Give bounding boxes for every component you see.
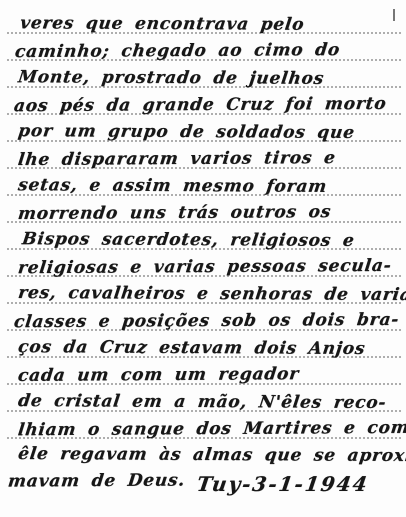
handwritten-text: lhiam o sangue dos Martires e com	[16, 415, 406, 444]
manuscript-line: caminho; chegado ao cimo do	[0, 38, 406, 65]
handwritten-text: cada um com um regador	[16, 361, 300, 390]
manuscript-line: res, cavalheiros e senhoras de varias	[0, 281, 406, 308]
manuscript-line: ços da Cruz estavam dois Anjos	[0, 335, 406, 362]
handwritten-text: morrendo uns trás outros os	[16, 199, 332, 228]
date-signature: Tuy-3-1-1944	[195, 472, 370, 496]
handwritten-text: lhe dispararam varios tiros e	[16, 145, 337, 174]
manuscript-line: Bispos sacerdotes, religiosos e	[0, 227, 406, 254]
handwritten-text: Bispos sacerdotes, religiosos e	[20, 226, 356, 255]
manuscript-line: por um grupo de soldados que	[0, 119, 406, 146]
handwritten-text: religiosas e varias pessoas secula-	[16, 253, 393, 282]
handwritten-text: setas, e assim mesmo foram	[16, 172, 328, 201]
manuscript-line: classes e posições sob os dois bra-	[0, 308, 406, 335]
handwritten-text: mavam de Deus.	[7, 468, 187, 493]
manuscript-line: lhiam o sangue dos Martires e com	[0, 416, 406, 443]
manuscript-line: mavam de Deus.Tuy-3-1-1944	[0, 467, 406, 491]
handwritten-text: êle regavam às almas que se aproxi-	[17, 442, 406, 468]
manuscript-line: setas, e assim mesmo foram	[0, 173, 406, 200]
handwritten-text: Monte, prostrado de juelhos	[16, 64, 325, 93]
manuscript-line: Monte, prostrado de juelhos	[0, 65, 406, 92]
handwritten-text: res, cavalheiros e senhoras de varias	[16, 280, 406, 309]
handwritten-text: classes e posições sob os dois bra-	[12, 307, 400, 336]
handwritten-text: veres que encontrava pelo	[18, 10, 306, 38]
manuscript-line: religiosas e varias pessoas secula-	[0, 254, 406, 281]
manuscript-line: lhe dispararam varios tiros e	[0, 146, 406, 173]
manuscript-line: cada um com um regador	[0, 362, 406, 389]
manuscript-line: veres que encontrava pelo	[0, 11, 406, 38]
handwritten-text: ços da Cruz estavam dois Anjos	[16, 334, 366, 363]
handwritten-text: caminho; chegado ao cimo do	[13, 37, 341, 66]
handwritten-text: de cristal em a mão, N'êles reco-	[16, 388, 387, 417]
handwritten-text: aos pés da grande Cruz foi morto	[12, 91, 388, 120]
manuscript-line: êle regavam às almas que se aproxi-	[0, 443, 406, 467]
manuscript-line: aos pés da grande Cruz foi morto	[0, 92, 406, 119]
manuscript-line: de cristal em a mão, N'êles reco-	[0, 389, 406, 416]
handwritten-text: por um grupo de soldados que	[16, 118, 356, 147]
manuscript-page: veres que encontrava pelo caminho; chega…	[0, 0, 406, 517]
manuscript-line: morrendo uns trás outros os	[0, 200, 406, 227]
